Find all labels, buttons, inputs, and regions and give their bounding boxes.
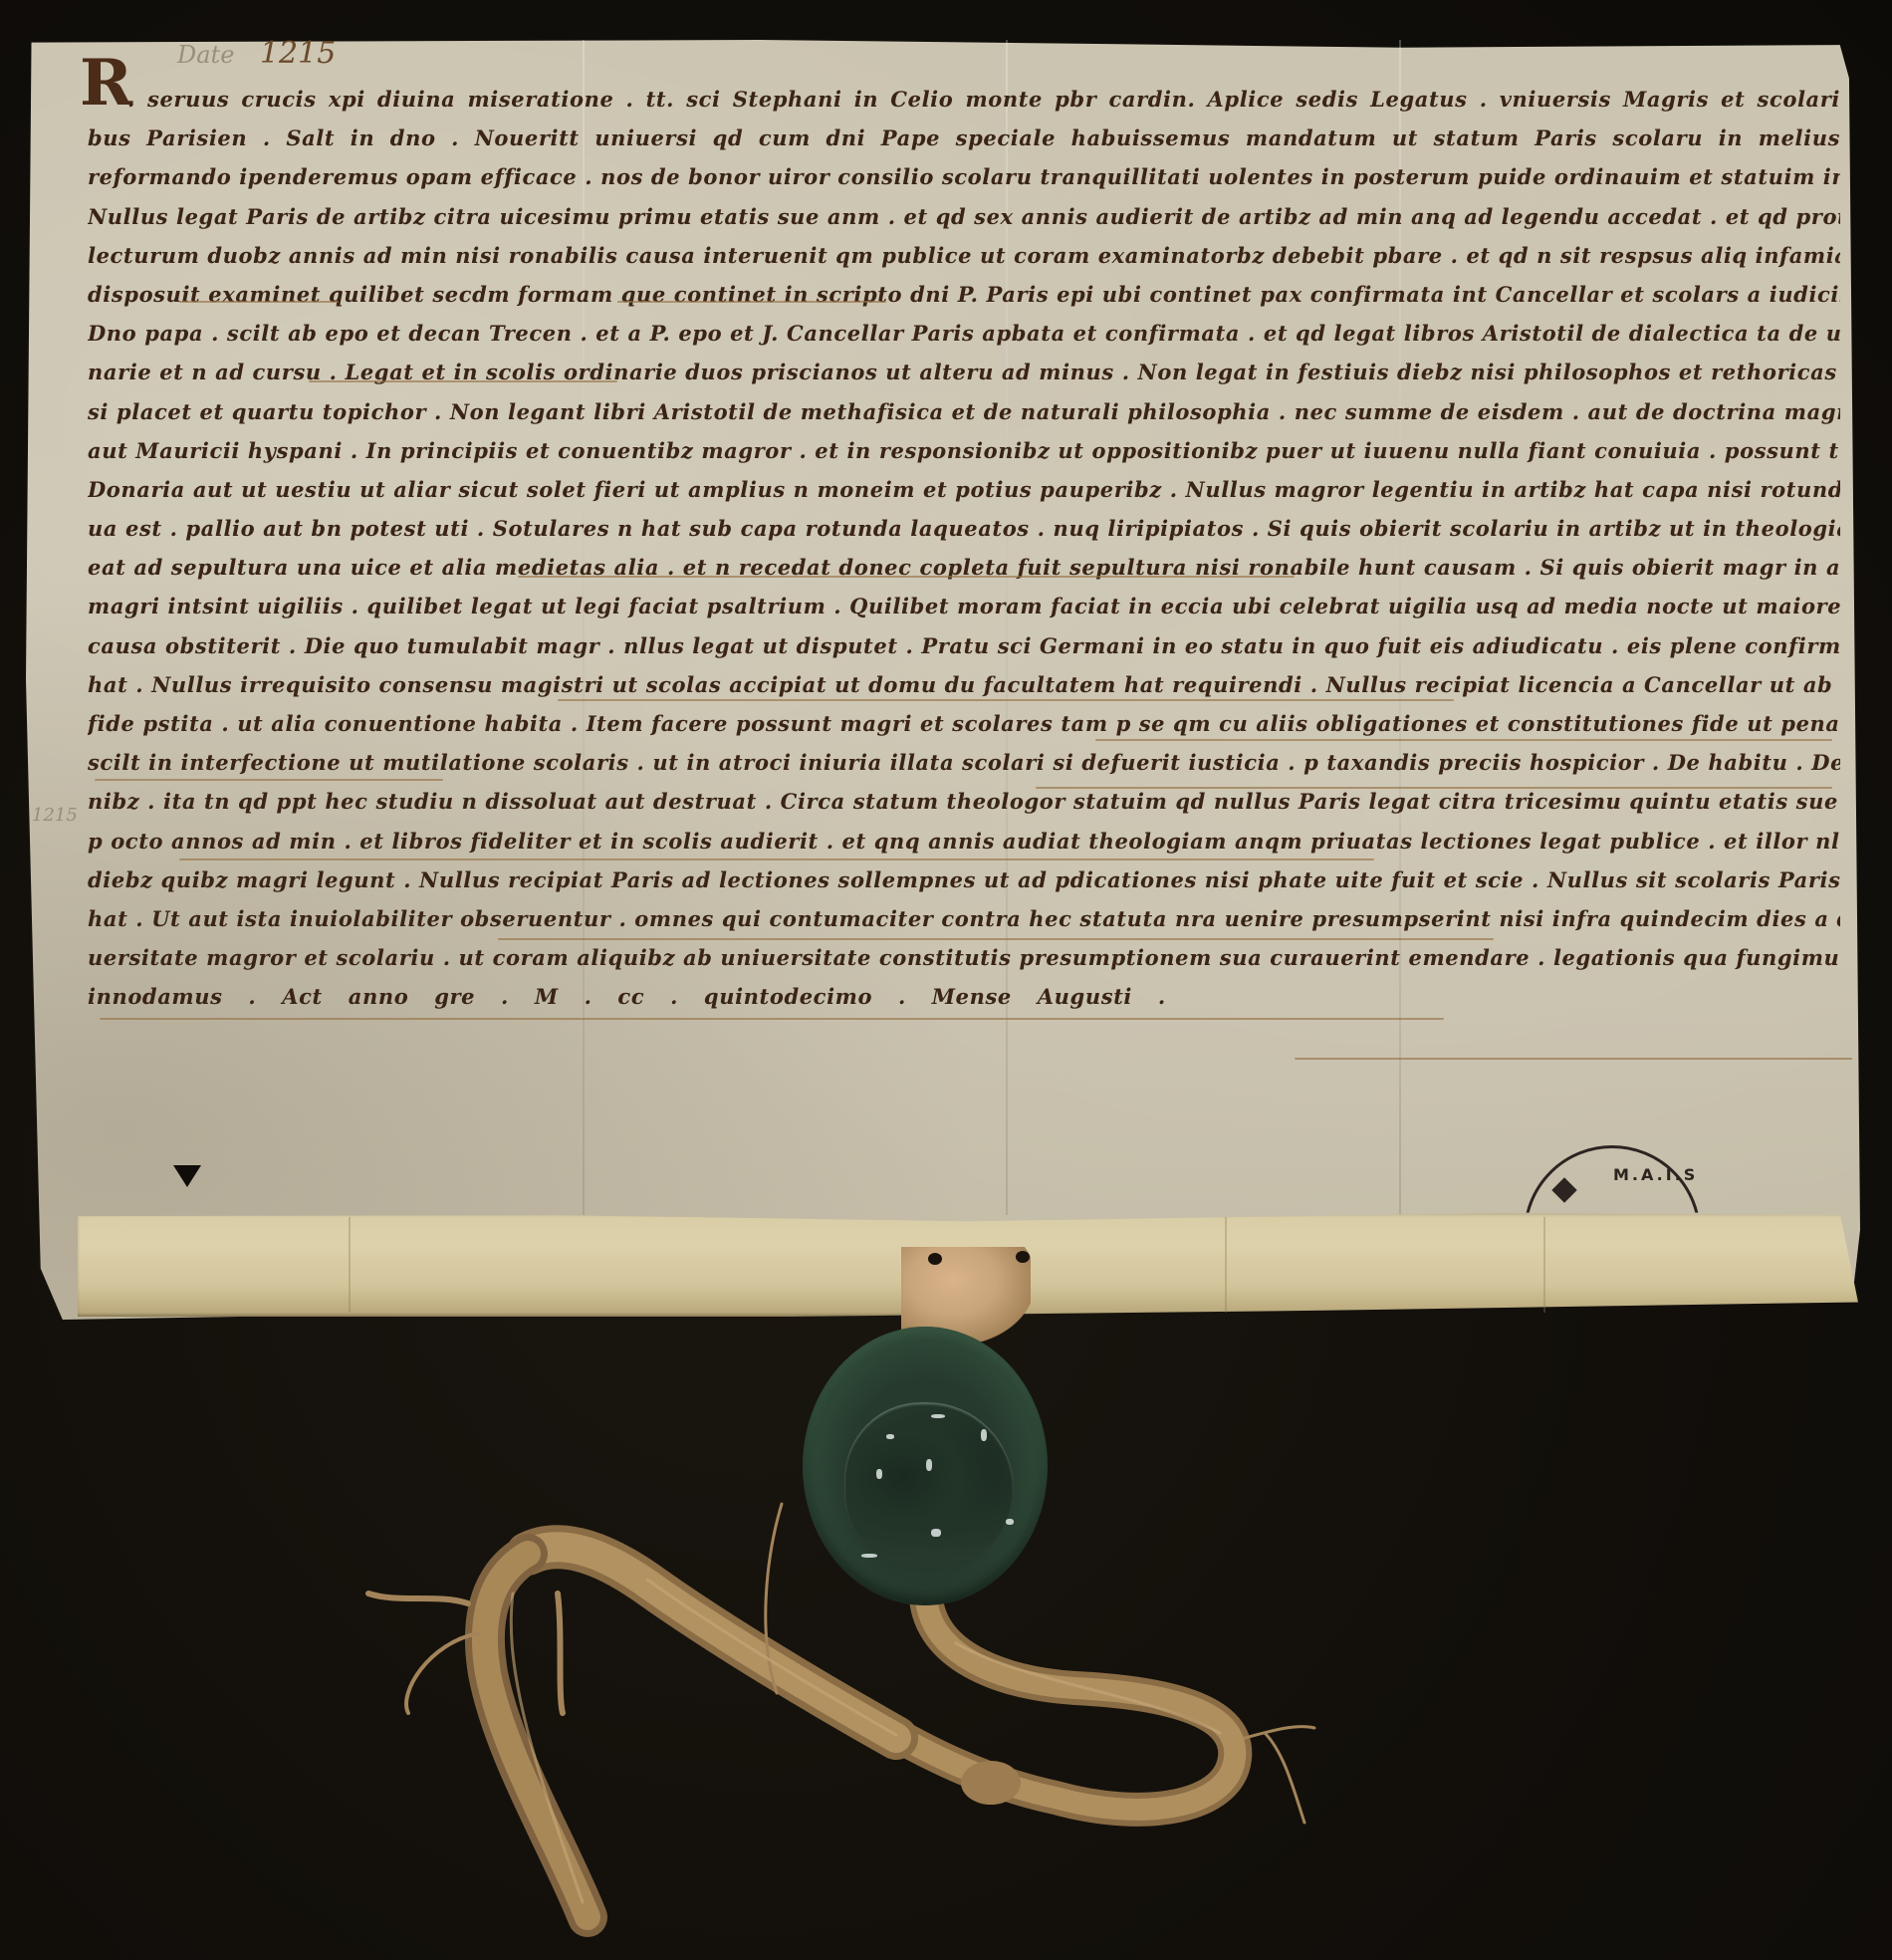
seal-highlight — [931, 1529, 941, 1537]
cord-hole — [1016, 1251, 1030, 1263]
seal-highlight — [926, 1459, 932, 1471]
seal-impression — [844, 1402, 1014, 1572]
seal-highlight — [886, 1434, 894, 1439]
seal-highlight — [1006, 1519, 1014, 1525]
seal-highlight — [861, 1554, 877, 1558]
seal-highlight — [931, 1414, 945, 1418]
cord-hole — [928, 1253, 942, 1265]
silk-cords — [0, 0, 1892, 1960]
seal-highlight — [876, 1469, 882, 1479]
seal-highlight — [981, 1429, 987, 1441]
